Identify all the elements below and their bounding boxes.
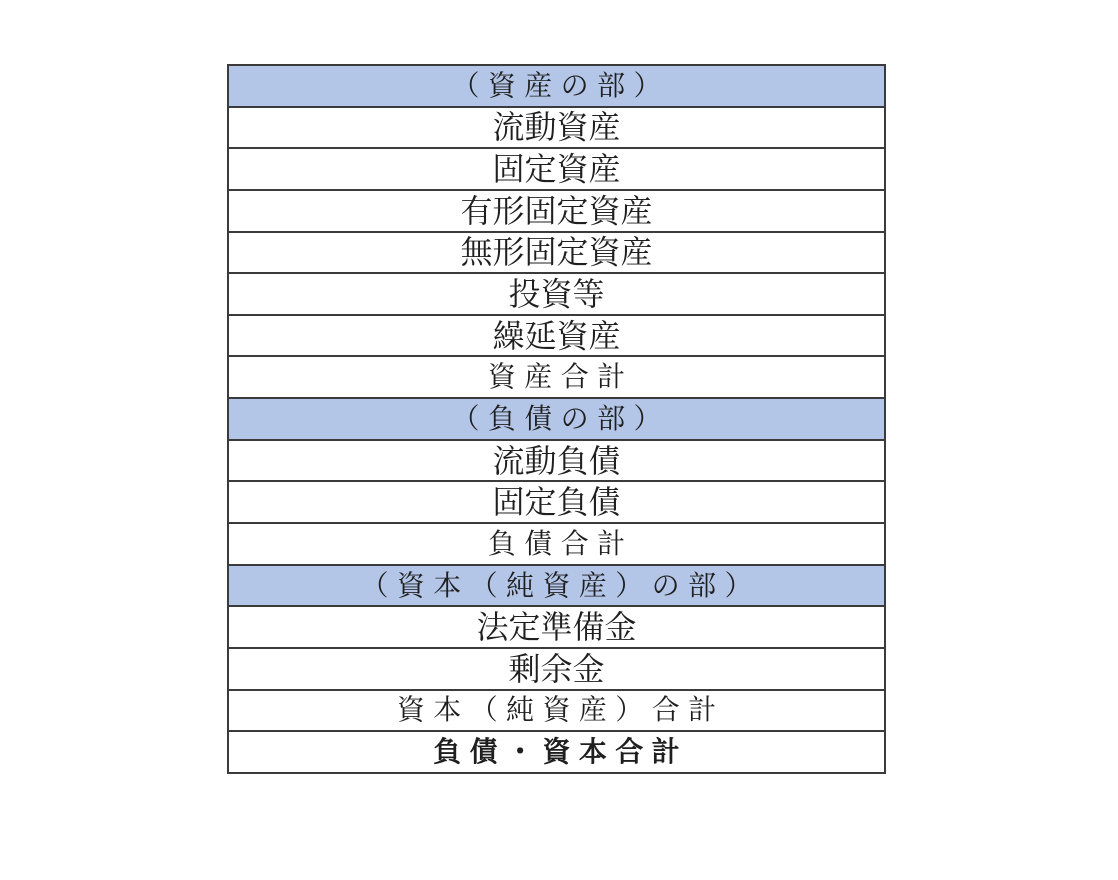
row-label: 資産合計 [488,363,634,391]
page: （資産の部） 流動資産 固定資産 有形固定資産 無形固定資産 投資等 繰延資産 … [0,0,1118,880]
table-row-6: 繰延資産 [229,314,884,356]
row-label: 資本（純資産）合計 [397,696,725,724]
row-label: 繰延資産 [492,320,620,352]
table-row-5: 投資等 [229,272,884,314]
table-row-16: 負債・資本合計 [229,730,884,772]
row-label: （資産の部） [451,72,669,100]
table-row-1: 流動資産 [229,106,884,148]
table-row-4: 無形固定資産 [229,231,884,273]
row-label: 無形固定資産 [460,236,652,268]
table-row-15: 資本（純資産）合計 [229,689,884,731]
table-row-7: 資産合計 [229,355,884,397]
row-label: 固定資産 [492,153,620,185]
row-label: 流動負債 [492,445,620,477]
table-row-9: 流動負債 [229,439,884,481]
table-row-13: 法定準備金 [229,605,884,647]
table-row-12: （資本（純資産）の部） [229,564,884,606]
row-label: 流動資産 [492,111,620,143]
row-label: 投資等 [508,278,604,310]
table-row-0: （資産の部） [229,66,884,106]
table-row-11: 負債合計 [229,522,884,564]
balance-sheet-table: （資産の部） 流動資産 固定資産 有形固定資産 無形固定資産 投資等 繰延資産 … [227,64,886,774]
row-label: 剰余金 [508,653,604,685]
row-label: （資本（純資産）の部） [360,572,760,600]
row-label: 負債合計 [488,530,634,558]
row-label: 負債・資本合計 [433,738,688,766]
row-label: 固定負債 [492,486,620,518]
row-label: 有形固定資産 [460,195,652,227]
table-row-14: 剰余金 [229,647,884,689]
table-row-2: 固定資産 [229,147,884,189]
table-row-8: （負債の部） [229,397,884,439]
row-label: 法定準備金 [476,611,636,643]
row-label: （負債の部） [451,405,669,433]
table-row-10: 固定負債 [229,480,884,522]
table-row-3: 有形固定資産 [229,189,884,231]
